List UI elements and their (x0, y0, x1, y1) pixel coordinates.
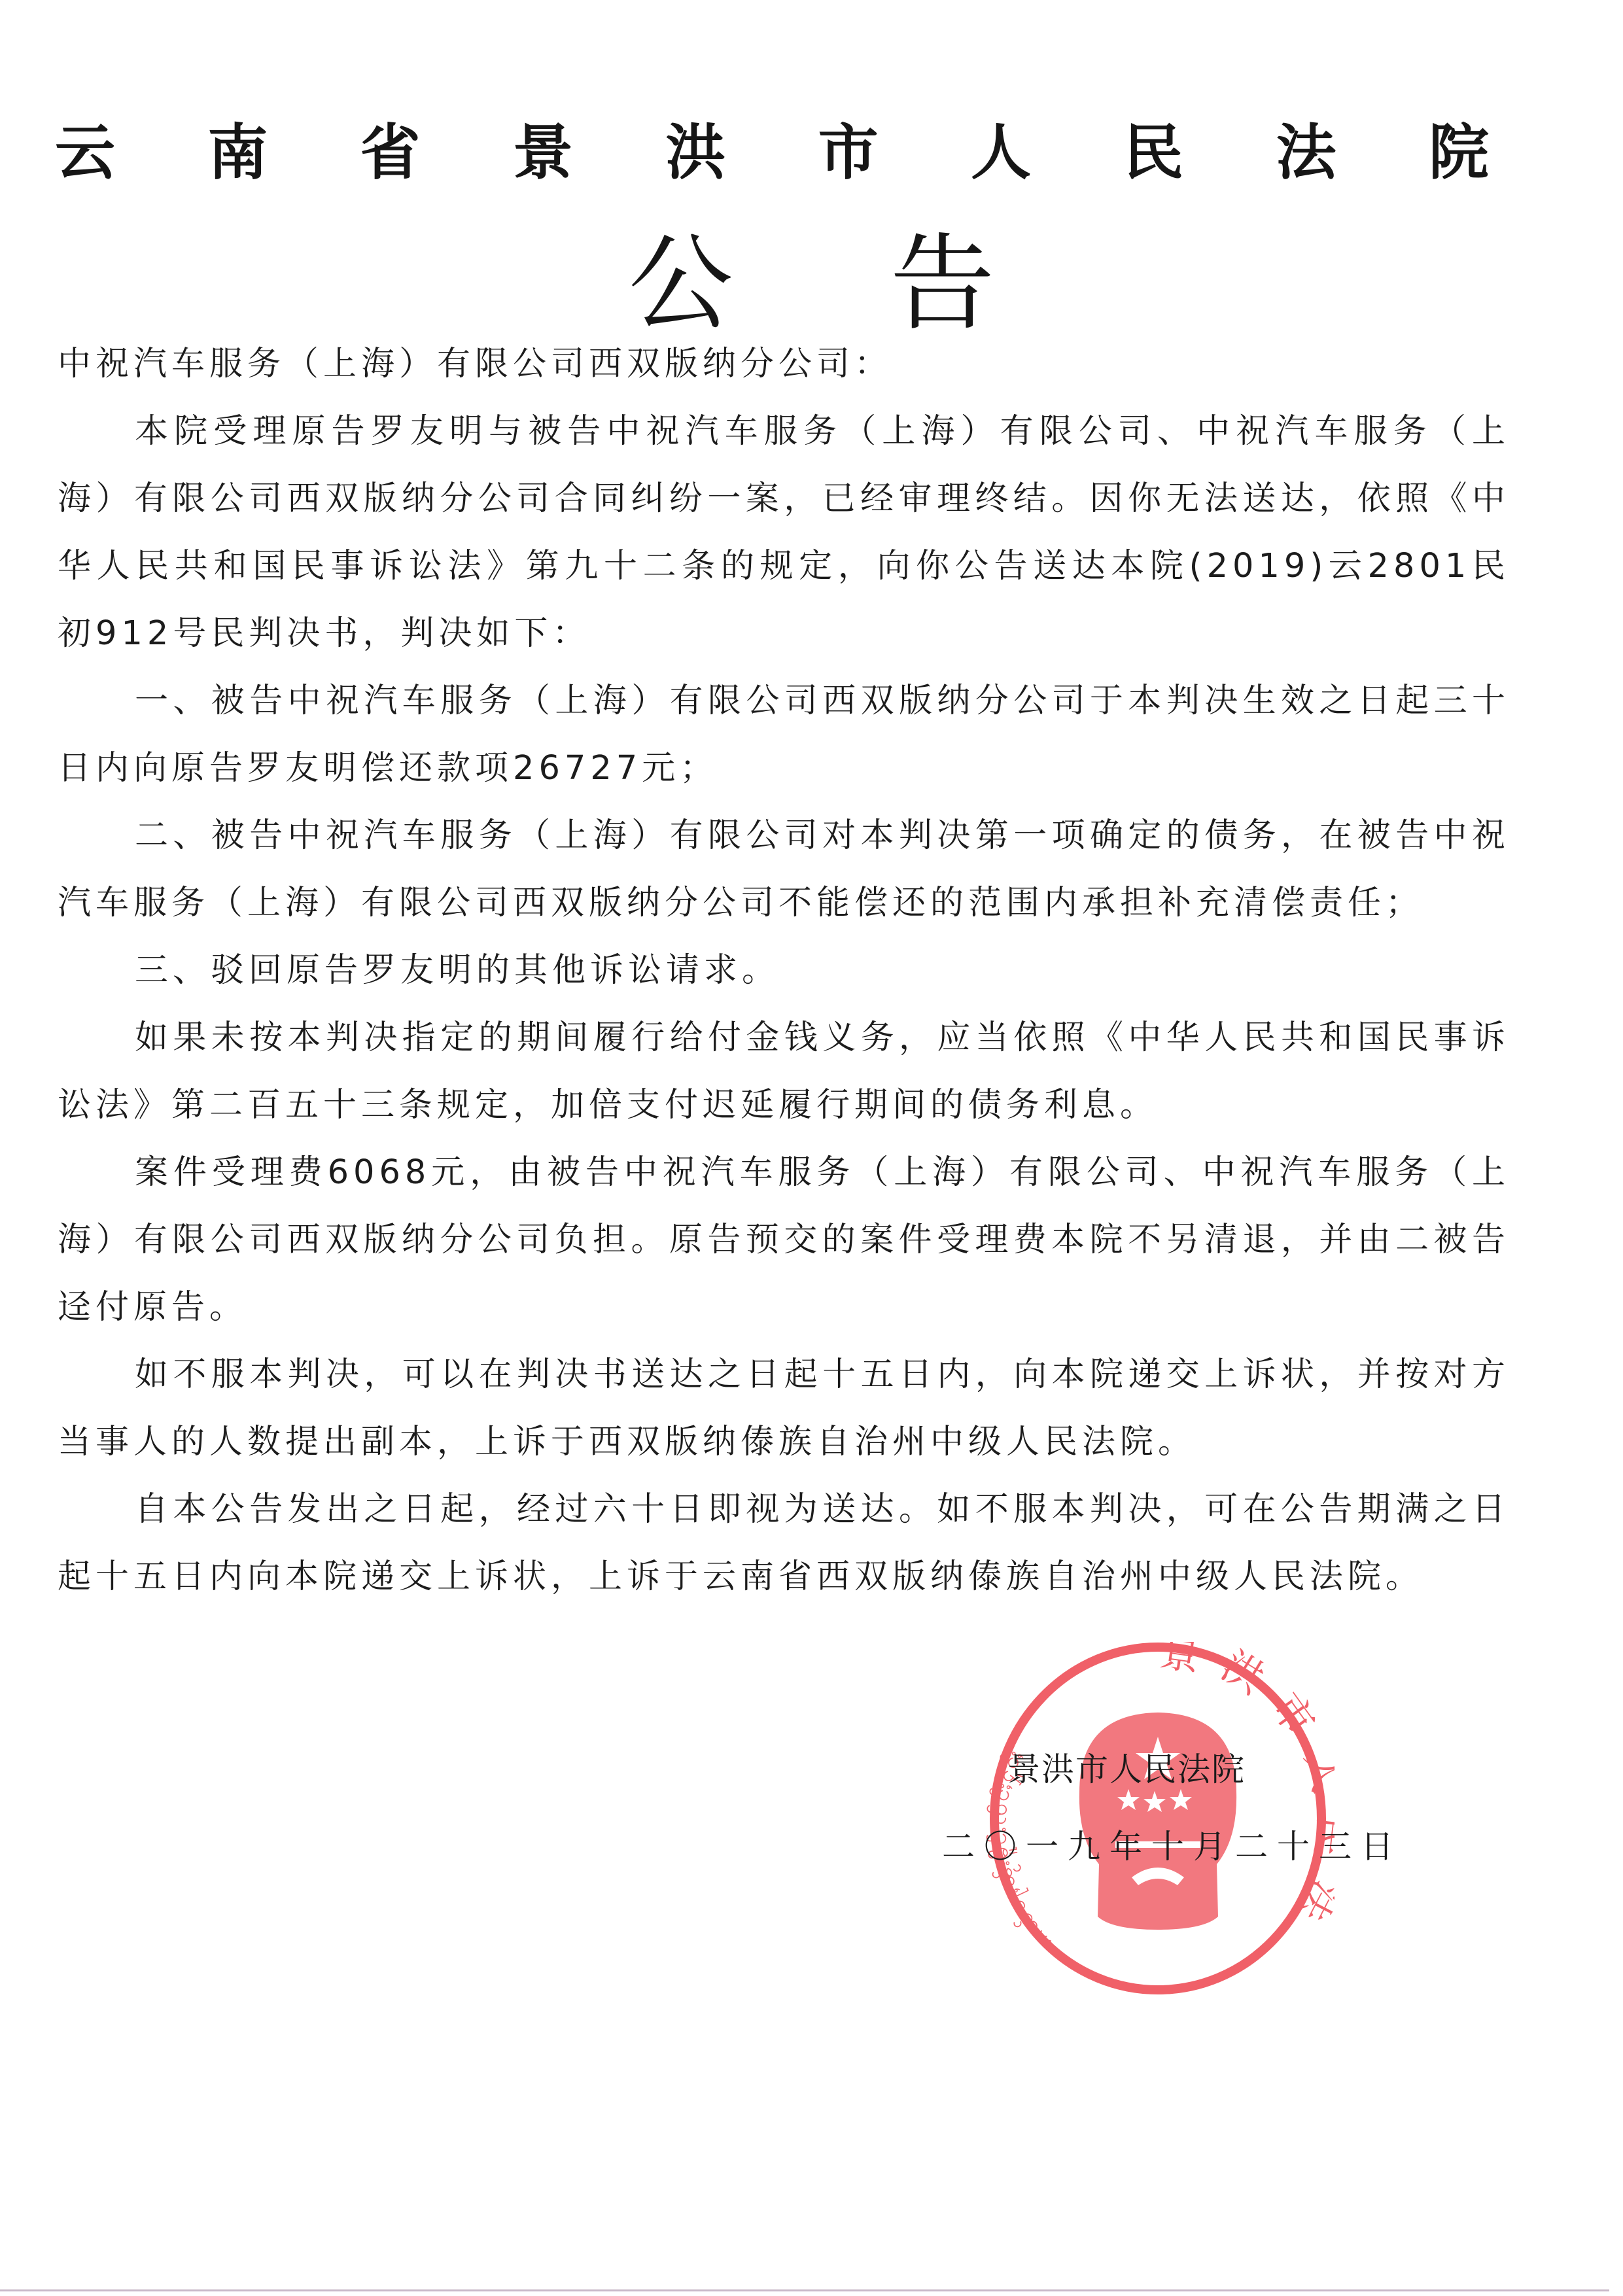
court-seal-icon: 景洪市人民法院 ၵၢၼ်မႃႇၼႂ်းမိူင်းၸဵင်ႈႁုင်ႈ (981, 1642, 1335, 1995)
paragraph-service-period: 自本公告发出之日起，经过六十日即视为送达。如不服本判决，可在公告期满之日起十五日… (58, 1476, 1510, 1610)
court-title-char: 市 (816, 105, 881, 191)
notice-body: 中祝汽车服务（上海）有限公司西双版纳分公司： 本院受理原告罗友明与被告中祝汽车服… (58, 330, 1510, 1610)
court-title-char: 景 (510, 105, 576, 191)
court-title-char: 人 (968, 105, 1034, 191)
paragraph-ruling-2: 二、被告中祝汽车服务（上海）有限公司对本判决第一项确定的债务，在被告中祝汽车服务… (58, 802, 1510, 937)
paragraph-case-fee: 案件受理费6068元，由被告中祝汽车服务（上海）有限公司、中祝汽车服务（上海）有… (58, 1139, 1510, 1341)
notice-title: 公 告 (0, 200, 1623, 350)
court-title-char: 民 (1121, 105, 1186, 191)
court-title-char: 法 (1274, 105, 1339, 191)
signature-date: 二〇一九年十月二十三日 (942, 1820, 1403, 1868)
addressee: 中祝汽车服务（上海）有限公司西双版纳分公司： (58, 330, 1510, 398)
court-title-char: 院 (1426, 105, 1492, 191)
signature-court-name: 景洪市人民法院 (1007, 1743, 1246, 1790)
notice-title-char: 告 (890, 200, 995, 350)
court-title-char: 洪 (663, 105, 728, 191)
court-title-char: 南 (205, 105, 270, 191)
paragraph-case-intro: 本院受理原告罗友明与被告中祝汽车服务（上海）有限公司、中祝汽车服务（上海）有限公… (58, 398, 1510, 667)
court-title-char: 云 (52, 105, 118, 191)
paragraph-late-interest: 如果未按本判决指定的期间履行给付金钱义务，应当依照《中华人民共和国民事诉讼法》第… (58, 1004, 1510, 1139)
paragraph-ruling-3: 三、驳回原告罗友明的其他诉讼请求。 (58, 937, 1510, 1004)
notice-title-char: 公 (628, 200, 733, 350)
paragraph-appeal: 如不服本判决，可以在判决书送达之日起十五日内，向本院递交上诉状，并按对方当事人的… (58, 1341, 1510, 1476)
paragraph-ruling-1: 一、被告中祝汽车服务（上海）有限公司西双版纳分公司于本判决生效之日起三十日内向原… (58, 667, 1510, 802)
court-title: 云 南 省 景 洪 市 人 民 法 院 (52, 105, 1492, 191)
court-title-char: 省 (358, 105, 423, 191)
scan-edge-line (0, 2289, 1609, 2291)
